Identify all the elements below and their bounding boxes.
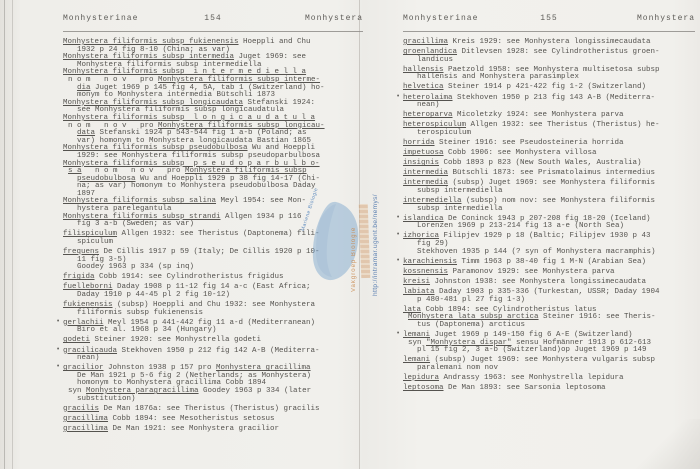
index-entry-line: subsp intermediella — [403, 188, 695, 196]
watermark-url-label: http://intramar.ugent.be/nemys/ — [372, 192, 379, 296]
entry-text: fig 3 a-b (Sweden; as var) — [77, 220, 194, 228]
entry-bullet-dot: • — [396, 215, 400, 223]
index-entry: lemani (subsp) Juget 1969: see Monhyster… — [403, 357, 695, 372]
entry-text: Steiner 1914 p 421-422 fig 1-2 (Switzerl… — [444, 83, 647, 91]
index-entry: kossnensis Paramonov 1929: see Monhyster… — [403, 269, 695, 277]
index-entry: filispiculum Allgen 1932: see Theristus … — [63, 231, 363, 246]
left-page-body: Monhystera filiformis subsp fukienensis … — [63, 39, 363, 434]
entry-text: Cobb 1906: see Monhystera villosa — [444, 149, 597, 157]
entry-text: Goodey 1963 p 334 (sp inq) — [77, 263, 194, 271]
index-entry-line: Biro et al. 1968 p 34 (Hungary) — [63, 327, 363, 335]
taxon-name-underlined: kreisi — [403, 278, 430, 286]
index-entry-line: Stekhoven 1935 p 144 (? syn of Monhyster… — [403, 249, 695, 257]
index-entry-line: •gracilicauda Stekhoven 1950 p 212 fig 1… — [63, 348, 363, 356]
index-entry-line: landicus — [403, 57, 695, 65]
entry-text: Allgen 1932: see Theristus (Daptonema) f… — [117, 230, 320, 238]
index-entry-line: horrida Steiner 1916: see Pseudosteineri… — [403, 140, 695, 148]
page-right: Monhysterinae 155 Monhystera gracillima … — [403, 0, 695, 469]
taxon-name-underlined: karachiensis — [403, 258, 457, 266]
header-genus: Monhystera — [305, 14, 363, 23]
entry-text: Micoletzky 1924: see Monhystera parva — [453, 111, 624, 119]
index-entry: godeti Steiner 1920: see Monhystrella go… — [63, 337, 363, 345]
index-entry: horrida Steiner 1916: see Pseudosteineri… — [403, 140, 695, 148]
entry-text: Stekhoven 1950 p 212 fig 142 A-B (Medite… — [117, 347, 320, 355]
index-entry-line: •heterolaima Stekhoven 1950 p 213 fig 14… — [403, 95, 695, 103]
binding-edge-line — [12, 0, 13, 469]
entry-text: tus (Daptonema) arcticus — [417, 321, 525, 329]
index-entry-line: na; as var) homonym to Monhystera pseudo… — [63, 183, 363, 191]
binding-edge-line — [4, 0, 5, 469]
entry-text: nean) — [417, 101, 440, 109]
header-rule — [63, 31, 363, 32]
index-entry-line: kreisi Johnston 1938: see Monhystera lon… — [403, 279, 695, 287]
page-left: Monhysterinae 154 Monhystera Monhystera … — [63, 0, 363, 469]
entry-text: na; as var) homonym to Monhystera pseudo… — [77, 182, 316, 190]
index-entry: insignis Cobb 1893 p 823 (New South Wale… — [403, 160, 695, 168]
taxon-name-underlined: frigida — [63, 273, 95, 281]
index-entry: gracillima De Man 1921: see Monhystera g… — [63, 426, 363, 434]
index-entry-line: godeti Steiner 1920: see Monhystrella go… — [63, 337, 363, 345]
entry-text: pl 15 fig 2, 3 a-b (Switzerland)op Juget… — [417, 346, 647, 354]
entry-text: Cobb 1893 p 823 (New South Wales, Austra… — [439, 159, 642, 167]
taxon-name-underlined: leptosoma — [403, 384, 444, 392]
index-entry: •heterolaima Stekhoven 1950 p 213 fig 14… — [403, 95, 695, 110]
index-entry: Monhystera filiformis subsp longicaudata… — [63, 100, 363, 115]
index-entry-line: p 480-481 pl 27 fig 1-3) — [403, 297, 695, 305]
entry-text: Hoeppli and Chu — [239, 38, 311, 46]
entry-text: Biro et al. 1968 p 34 (Hungary) — [77, 326, 217, 334]
right-page-body: gracillima Kreis 1929: see Monhystera lo… — [403, 39, 695, 393]
entry-text: Stekhoven 1950 p 213 fig 143 A-B (Medite… — [453, 94, 656, 102]
entry-bullet-dot: • — [396, 94, 400, 102]
index-entry-line: lepidura Andrassy 1963: see Monhystrella… — [403, 375, 695, 383]
index-entry-line: subsp intermediella — [403, 206, 695, 214]
index-entry: kreisi Johnston 1938: see Monhystera lon… — [403, 279, 695, 287]
entry-text: De Man 1893: see Sarsonia leptosoma — [444, 384, 606, 392]
running-header: Monhysterinae 154 Monhystera — [63, 14, 363, 26]
index-entry: •lemani Juget 1969 p 149-150 fig 6 A-E (… — [403, 332, 695, 355]
entry-text: Goodey 1963 p 334 (later — [199, 387, 312, 395]
index-entry: Monhystera filiformis subsp pseudobulbos… — [63, 145, 363, 160]
entry-text: Stekhoven 1935 p 144 (? syn of Monhyster… — [417, 248, 656, 256]
taxon-name-underlined: intermedia — [403, 169, 448, 177]
index-entry-line: Goodey 1963 p 334 (sp inq) — [63, 264, 363, 272]
index-entry: fuelleborni Daday 1908 p 11-12 fig 14 a-… — [63, 284, 363, 299]
taxon-name-underlined: horrida — [403, 139, 435, 147]
taxon-name-underlined: gracillima — [403, 38, 448, 46]
entry-text: Andrassy 1963: see Monhystrella lepidura — [439, 374, 624, 382]
index-entry: lata Cobb 1894: see Cylindrotheristus la… — [403, 307, 695, 330]
entry-text: De Man 1876a: see Theristus (Theristus) … — [99, 405, 320, 413]
taxon-name-underlined: insignis — [403, 159, 439, 167]
entry-text: filiformis subsp fukienensis — [77, 309, 203, 317]
index-entry-line: nean) — [403, 102, 695, 110]
index-entry: Monhystera filiformis subsp strandi Allg… — [63, 214, 363, 229]
index-entry-line: helvetica Steiner 1914 p 421-422 fig 1-2… — [403, 84, 695, 92]
index-entry-line: filiformis subsp fukienensis — [63, 310, 363, 318]
index-entry-line: spiculum — [63, 239, 363, 247]
index-entry: intermedia Bütschli 1873: see Prismatola… — [403, 170, 695, 178]
index-entry-line: fig 3 a-b (Sweden; as var) — [63, 221, 363, 229]
index-entry-line: gracillima Kreis 1929: see Monhystera lo… — [403, 39, 695, 47]
entry-text: Bütschli 1873: see Prismatolaimus interm… — [448, 169, 655, 177]
index-entry: heterospiculum Allgen 1932: see Theristu… — [403, 122, 695, 137]
index-entry-line: impetuosa Cobb 1906: see Monhystera vill… — [403, 150, 695, 158]
entry-text: Meyl 1954: see Mon- — [216, 197, 306, 205]
index-entry: •karachiensis Timm 1963 p 38-40 fig 1 M-… — [403, 259, 695, 267]
index-entry: Monhystera filiformis subsp intermedia J… — [63, 54, 363, 69]
entry-text: subsp intermediella — [417, 205, 503, 213]
entry-text: Johnston 1938: see Monhystera longissime… — [430, 278, 646, 286]
taxon-name-underlined: gracilis — [63, 405, 99, 413]
index-entry-line: gracillima Cobb 1894: see Mesotheristus … — [63, 416, 363, 424]
index-entry: groenlandica Ditlevsen 1928: see Cylindr… — [403, 49, 695, 64]
index-entry: intermedia (subsp) Juget 1969: see Monhy… — [403, 180, 695, 195]
index-entry: frigida Cobb 1914: see Cylindrotheristus… — [63, 274, 363, 282]
index-entry: •izhorica Filipjev 1929 p 18 (Baltic; Fi… — [403, 233, 695, 256]
entry-text: subsp intermediella — [417, 187, 503, 195]
entry-text: p 480-481 pl 27 fig 1-3) — [417, 296, 525, 304]
index-entry-line: kossnensis Paramonov 1929: see Monhyster… — [403, 269, 695, 277]
entry-text: Paramonov 1929: see Monhystera parva — [448, 268, 615, 276]
entry-text: substitution) — [77, 395, 136, 403]
index-entry-line: insignis Cobb 1893 p 823 (New South Wale… — [403, 160, 695, 168]
taxon-name-underlined: lepidura — [403, 374, 439, 382]
index-entry: Monhystera filiformis subsp i n t e r m … — [63, 69, 363, 99]
entry-text: Steiner 1916: see Pseudosteineria horrid… — [435, 139, 624, 147]
index-entry: fukienensis (subsp) Hoeppli and Chu 1932… — [63, 302, 363, 317]
entry-text: Cobb 1914: see Cylindrotheristus frigidu… — [95, 273, 284, 281]
entry-bullet-dot: • — [56, 364, 60, 372]
index-entry-line: leptosoma De Man 1893: see Sarsonia lept… — [403, 385, 695, 393]
index-entry: Monhystera filiformis subsp l o n g i c … — [63, 115, 363, 145]
entry-text: De Man 1921: see Monhystera gracilior — [108, 425, 279, 433]
entry-text: Steiner 1920: see Monhystrella godeti — [90, 336, 261, 344]
index-entry: labiata Daday 1903 p 335-336 (Turkestan,… — [403, 289, 695, 304]
entry-text: paralemani nom nov — [417, 364, 498, 372]
entry-text: Timm 1963 p 38-40 fig 1 M-N (Arabian Sea… — [457, 258, 646, 266]
taxon-name-underlined: gracillima — [63, 425, 108, 433]
header-genus: Monhystera — [637, 14, 695, 23]
index-entry: Monhystera filiformis subsp p s e u d o … — [63, 161, 363, 199]
entry-text: Lorenzen 1969 p 213-214 fig 13 a-e (Nort… — [417, 222, 624, 230]
taxon-name-underlined: helvetica — [403, 83, 444, 91]
index-entry: heteroparva Micoletzky 1924: see Monhyst… — [403, 112, 695, 120]
entry-text: Filipjev 1929 p 18 (Baltic; Filipjev 193… — [439, 232, 651, 240]
index-entry: •gracilior Johnston 1938 p 157 pro Monhy… — [63, 365, 363, 403]
entry-text: Steiner 1916: see Theris- — [539, 313, 656, 321]
entry-text: Kreis 1929: see Monhystera longissimecau… — [448, 38, 651, 46]
index-entry: •gracilicauda Stekhoven 1950 p 212 fig 1… — [63, 348, 363, 363]
index-entry-line: hallensis and Monhystera parasimplex — [403, 74, 695, 82]
entry-bullet-dot: • — [396, 331, 400, 339]
index-entry-line: frigida Cobb 1914: see Cylindrotheristus… — [63, 274, 363, 282]
entry-bullet-dot: • — [56, 347, 60, 355]
taxon-name-underlined: kossnensis — [403, 268, 448, 276]
index-entry: leptosoma De Man 1893: see Sarsonia lept… — [403, 385, 695, 393]
entry-text: Allgen 1932: see Theristus (Theristus) h… — [466, 121, 660, 129]
index-entry: hallensis Paetzold 1958: see Monhystera … — [403, 67, 695, 82]
index-entry-line: terospiculum — [403, 130, 695, 138]
entry-bullet-dot: • — [396, 258, 400, 266]
entry-text: Daday 1910 p 44-45 pl 2 fig 10-12) — [77, 291, 230, 299]
taxon-name-underlined: impetuosa — [403, 149, 444, 157]
index-entry: frequens De Cillis 1917 p 59 (Italy; De … — [63, 249, 363, 272]
entry-text: hallensis and Monhystera parasimplex — [417, 73, 579, 81]
index-entry: Monhystera filiformis subsp salina Meyl … — [63, 198, 363, 213]
book-scan: Monhysterinae 154 Monhystera Monhystera … — [0, 0, 700, 469]
index-entry-line: tus (Daptonema) arcticus — [403, 322, 695, 330]
index-entry: gracillima Kreis 1929: see Monhystera lo… — [403, 39, 695, 47]
taxon-name-underlined: godeti — [63, 336, 90, 344]
taxon-name-underlined: heteroparva — [403, 111, 453, 119]
taxon-name-underlined: gracillima — [63, 415, 108, 423]
entry-text: Ditlevsen 1928: see Cylindrotheristus gr… — [457, 48, 660, 56]
index-entry: intermediella (subsp) nom nov: see Monhy… — [403, 198, 695, 213]
index-entry-line: paralemani nom nov — [403, 365, 695, 373]
index-entry: •islandica De Coninck 1943 p 207-208 fig… — [403, 216, 695, 231]
entry-bullet-dot: • — [56, 319, 60, 327]
index-entry-line: gracilis De Man 1876a: see Theristus (Th… — [63, 406, 363, 414]
index-entry-line: •karachiensis Timm 1963 p 38-40 fig 1 M-… — [403, 259, 695, 267]
index-entry: lepidura Andrassy 1963: see Monhystrella… — [403, 375, 695, 383]
index-entry-line: pl 15 fig 2, 3 a-b (Switzerland)op Juget… — [403, 347, 695, 355]
entry-text: De Cillis 1917 p 59 (Italy; De Cillis 19… — [99, 248, 320, 256]
entry-text: spiculum — [77, 238, 113, 246]
entry-text: landicus — [417, 56, 453, 64]
header-rule — [403, 31, 695, 32]
index-entry-line: Daday 1910 p 44-45 pl 2 fig 10-12) — [63, 292, 363, 300]
index-entry-line: intermedia Bütschli 1873: see Prismatola… — [403, 170, 695, 178]
index-entry-line: heteroparva Micoletzky 1924: see Monhyst… — [403, 112, 695, 120]
index-entry: gracillima Cobb 1894: see Mesotheristus … — [63, 416, 363, 424]
index-entry: •gerlachii Meyl 1954 p 441-442 fig 11 a-… — [63, 320, 363, 335]
index-entry-line: gracillima De Man 1921: see Monhystera g… — [63, 426, 363, 434]
index-entry: Monhystera filiformis subsp fukienensis … — [63, 39, 363, 54]
entry-text: terospiculum — [417, 129, 471, 137]
index-entry-line: Lorenzen 1969 p 213-214 fig 13 a-e (Nort… — [403, 223, 695, 231]
running-header: Monhysterinae 155 Monhystera — [403, 14, 695, 26]
entry-bullet-dot: • — [396, 232, 400, 240]
entry-text: Cobb 1894: see Mesotheristus setosus — [108, 415, 275, 423]
entry-text: Allgen 1934 p 116 — [221, 213, 302, 221]
index-entry-line: nean) — [63, 355, 363, 363]
entry-text: nean) — [77, 354, 100, 362]
index-entry: impetuosa Cobb 1906: see Monhystera vill… — [403, 150, 695, 158]
index-entry: gracilis De Man 1876a: see Theristus (Th… — [63, 406, 363, 414]
index-entry: helvetica Steiner 1914 p 421-422 fig 1-2… — [403, 84, 695, 92]
index-entry-line: substitution) — [63, 396, 363, 404]
